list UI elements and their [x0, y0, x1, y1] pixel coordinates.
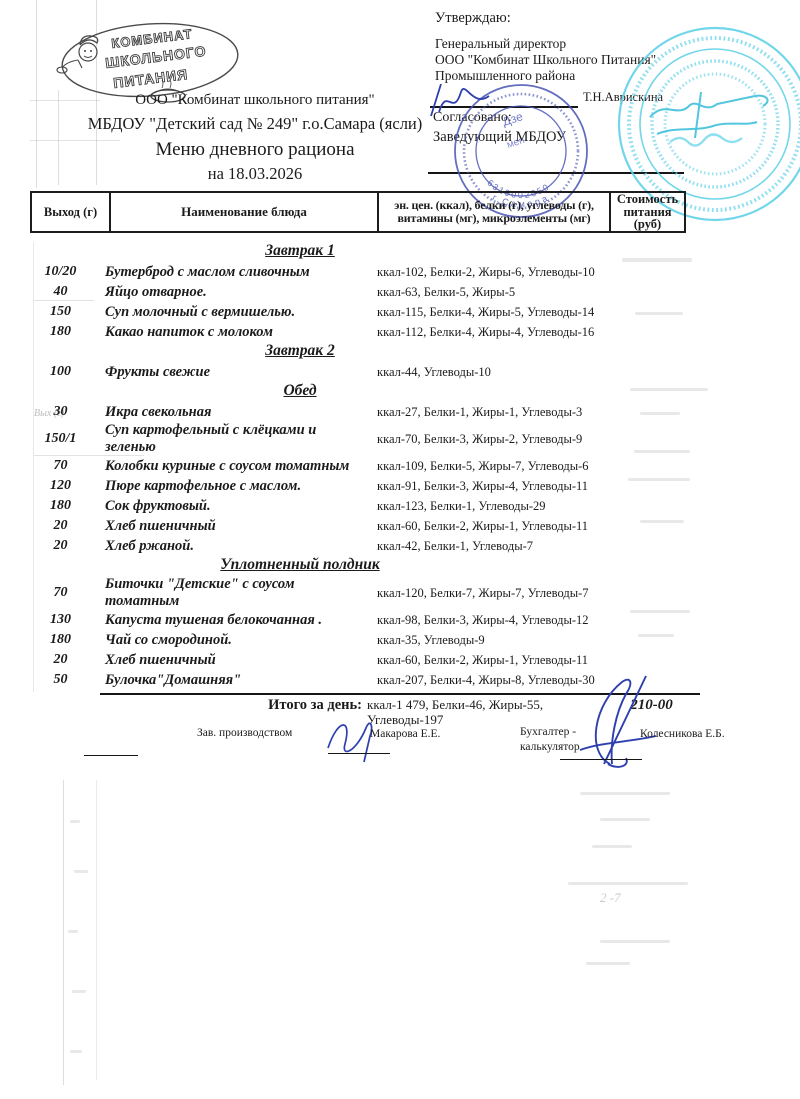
menu-date: на 18.03.2026: [30, 164, 480, 184]
menu-row: 120 Пюре картофельное с маслом. ккал-91,…: [30, 476, 686, 496]
dish-name: Хлеб ржаной.: [105, 538, 377, 555]
scan-artifact: [70, 1050, 82, 1053]
accountant-signature: [568, 672, 668, 770]
weight-cell: 10/20: [30, 264, 105, 280]
scan-artifact: [70, 820, 80, 823]
logo-text-line3: ПИТАНИЯ: [112, 66, 189, 91]
nutrition-info: ккал-42, Белки-1, Углеводы-7: [377, 539, 616, 553]
scan-artifact: [628, 478, 690, 481]
nutrition-info: ккал-109, Белки-5, Жиры-7, Углеводы-6: [377, 459, 616, 473]
dish-name: Капуста тушеная белокочанная .: [105, 612, 377, 629]
scan-artifact: [630, 388, 708, 391]
weight-cell: 50: [30, 672, 105, 688]
director-pen-signature: [425, 78, 495, 120]
nutrition-info: ккал-98, Белки-3, Жиры-4, Углеводы-12: [377, 613, 616, 627]
section-heading-breakfast1: Завтрак 1: [30, 242, 570, 262]
signature-underline: [84, 755, 138, 756]
dish-name: Хлеб пшеничный: [105, 518, 377, 535]
ghost-column-header: Вых (г): [34, 408, 64, 419]
ghost-bottom-note: 2 -7: [600, 890, 621, 906]
nutrition-info: ккал-60, Белки-2, Жиры-1, Углеводы-11: [377, 653, 616, 667]
weight-cell: 70: [30, 585, 105, 601]
scan-artifact: [72, 990, 86, 993]
nutrition-info: ккал-102, Белки-2, Жиры-6, Углеводы-10: [377, 265, 616, 279]
weight-cell: 150: [30, 304, 105, 320]
menu-row: 180 Какао напиток с молоком ккал-112, Бе…: [30, 322, 686, 342]
page-title: Меню дневного рациона: [30, 139, 480, 161]
dish-name: Сок фруктовый.: [105, 498, 377, 515]
menu-row: 130 Капуста тушеная белокочанная . ккал-…: [30, 610, 686, 630]
dish-name: Булочка"Домашняя": [105, 672, 377, 689]
weight-cell: 70: [30, 458, 105, 474]
menu-row: 100 Фрукты свежие ккал-44, Углеводы-10: [30, 362, 686, 382]
nutrition-info: ккал-115, Белки-4, Жиры-5, Углеводы-14: [377, 305, 616, 319]
production-manager-label: Зав. производством: [197, 727, 292, 739]
section-heading-snack: Уплотненный полдник: [30, 556, 570, 576]
col-dish-header: Наименование блюда: [109, 193, 377, 231]
dish-name: Суп молочный с вермишелью.: [105, 304, 377, 321]
scan-artifact: [600, 818, 650, 821]
col-cost-header: Стоимость питания (руб): [609, 193, 684, 231]
dish-name: Биточки "Детские" с соусом томатным: [105, 576, 377, 610]
stamp-center-fragment-1: Дзе: [501, 109, 525, 129]
nutrition-info: ккал-112, Белки-4, Жиры-4, Углеводы-16: [377, 325, 616, 339]
scan-artifact: [580, 792, 670, 795]
scan-artifact: [592, 845, 632, 848]
scan-artifact: [634, 450, 690, 453]
menu-row: 20 Хлеб пшеничный ккал-60, Белки-2, Жиры…: [30, 516, 686, 536]
weight-cell: 150/1: [30, 431, 105, 447]
dish-name: Пюре картофельное с маслом.: [105, 478, 377, 495]
org-header: ООО "Комбинат школьного питания" МБДОУ "…: [30, 92, 480, 184]
menu-row: 70 Колобки куриные с соусом томатным кка…: [30, 456, 686, 476]
weight-cell: 180: [30, 498, 105, 514]
weight-cell: 130: [30, 612, 105, 628]
dish-name: Колобки куриные с соусом томатным: [105, 458, 377, 475]
nutrition-info: ккал-120, Белки-7, Жиры-7, Углеводы-7: [377, 586, 616, 600]
scan-artifact: [640, 412, 680, 415]
section-heading-lunch: Обед: [30, 382, 570, 402]
menu-body: Завтрак 1 10/20 Бутерброд с маслом сливо…: [30, 242, 686, 727]
dish-name: Икра свекольная: [105, 404, 377, 421]
scan-artifact: [635, 312, 683, 315]
weight-cell: 40: [30, 284, 105, 300]
menu-row: 30 Икра свекольная ккал-27, Белки-1, Жир…: [30, 402, 686, 422]
scan-artifact: [586, 962, 630, 965]
nutrition-info: ккал-44, Углеводы-10: [377, 365, 616, 379]
stamp-center-fragment-2: мен: [506, 135, 526, 151]
menu-row: 150/1 Суп картофельный с клёцками и зеле…: [30, 422, 686, 456]
scan-artifact: [630, 610, 690, 613]
dish-name: Бутерброд с маслом сливочным: [105, 264, 377, 281]
menu-row: 180 Чай со смородиной. ккал-35, Углеводы…: [30, 630, 686, 650]
section-heading-breakfast2: Завтрак 2: [30, 342, 570, 362]
scan-artifact: [640, 520, 684, 523]
col-nutrition-header: эн. цен. (ккал), белки (г), углеводы (г)…: [377, 193, 609, 231]
nutrition-info: ккал-70, Белки-3, Жиры-2, Углеводы-9: [377, 432, 616, 446]
scan-artifact: [63, 780, 64, 1085]
scan-artifact: [568, 882, 688, 885]
signature-underline: [328, 753, 390, 754]
dish-name: Какао напиток с молоком: [105, 324, 377, 341]
kindergarten-name: МБДОУ "Детский сад № 249" г.о.Самара (яс…: [30, 114, 480, 134]
scan-artifact: [96, 780, 97, 1080]
dish-name: Чай со смородиной.: [105, 632, 377, 649]
menu-row: 10/20 Бутерброд с маслом сливочным ккал-…: [30, 262, 686, 282]
total-label: Итого за день:: [30, 697, 367, 727]
nutrition-info: ккал-91, Белки-3, Жиры-4, Углеводы-11: [377, 479, 616, 493]
nutrition-info: ккал-60, Белки-2, Жиры-1, Углеводы-11: [377, 519, 616, 533]
menu-row: 150 Суп молочный с вермишелью. ккал-115,…: [30, 302, 686, 322]
weight-cell: 180: [30, 632, 105, 648]
signature-underline: [560, 759, 642, 760]
table-header: Выход (г) Наименование блюда эн. цен. (к…: [30, 191, 686, 233]
nutrition-info: ккал-27, Белки-1, Жиры-1, Углеводы-3: [377, 405, 616, 419]
weight-cell: 180: [30, 324, 105, 340]
dish-name: Суп картофельный с клёцками и зеленью: [105, 422, 377, 456]
scan-artifact: [600, 940, 670, 943]
menu-row: 180 Сок фруктовый. ккал-123, Белки-1, Уг…: [30, 496, 686, 516]
scan-artifact: [74, 870, 88, 873]
cyan-signature: [650, 92, 768, 138]
menu-row: 20 Хлеб ржаной. ккал-42, Белки-1, Углево…: [30, 536, 686, 556]
dish-name: Фрукты свежие: [105, 364, 377, 381]
nutrition-info: ккал-35, Углеводы-9: [377, 633, 616, 647]
production-manager-name: Макарова Е.Е.: [370, 728, 440, 740]
weight-cell: 100: [30, 364, 105, 380]
scan-artifact: [622, 258, 692, 262]
col-weight-header: Выход (г): [32, 193, 109, 231]
weight-cell: 120: [30, 478, 105, 494]
scan-artifact: [638, 634, 674, 637]
nutrition-info: ккал-123, Белки-1, Углеводы-29: [377, 499, 616, 513]
weight-cell: 20: [30, 538, 105, 554]
dish-name: Яйцо отварное.: [105, 284, 377, 301]
menu-row: 20 Хлеб пшеничный ккал-60, Белки-2, Жиры…: [30, 650, 686, 670]
weight-cell: 20: [30, 518, 105, 534]
scanned-menu-page: КОМБИНАТ ШКОЛЬНОГО ПИТАНИЯ ООО "Комбинат…: [0, 0, 800, 1099]
org-name: ООО "Комбинат школьного питания": [30, 92, 480, 109]
nutrition-info: ккал-63, Белки-5, Жиры-5: [377, 285, 616, 299]
scan-artifact: [68, 930, 78, 933]
dish-name: Хлеб пшеничный: [105, 652, 377, 669]
accountant-name: Колесникова Е.Б.: [640, 728, 725, 740]
menu-row: 40 Яйцо отварное. ккал-63, Белки-5, Жиры…: [30, 282, 686, 302]
menu-row: 70 Биточки "Детские" с соусом томатным к…: [30, 576, 686, 610]
chef-kid-icon: [79, 43, 97, 61]
weight-cell: 20: [30, 652, 105, 668]
